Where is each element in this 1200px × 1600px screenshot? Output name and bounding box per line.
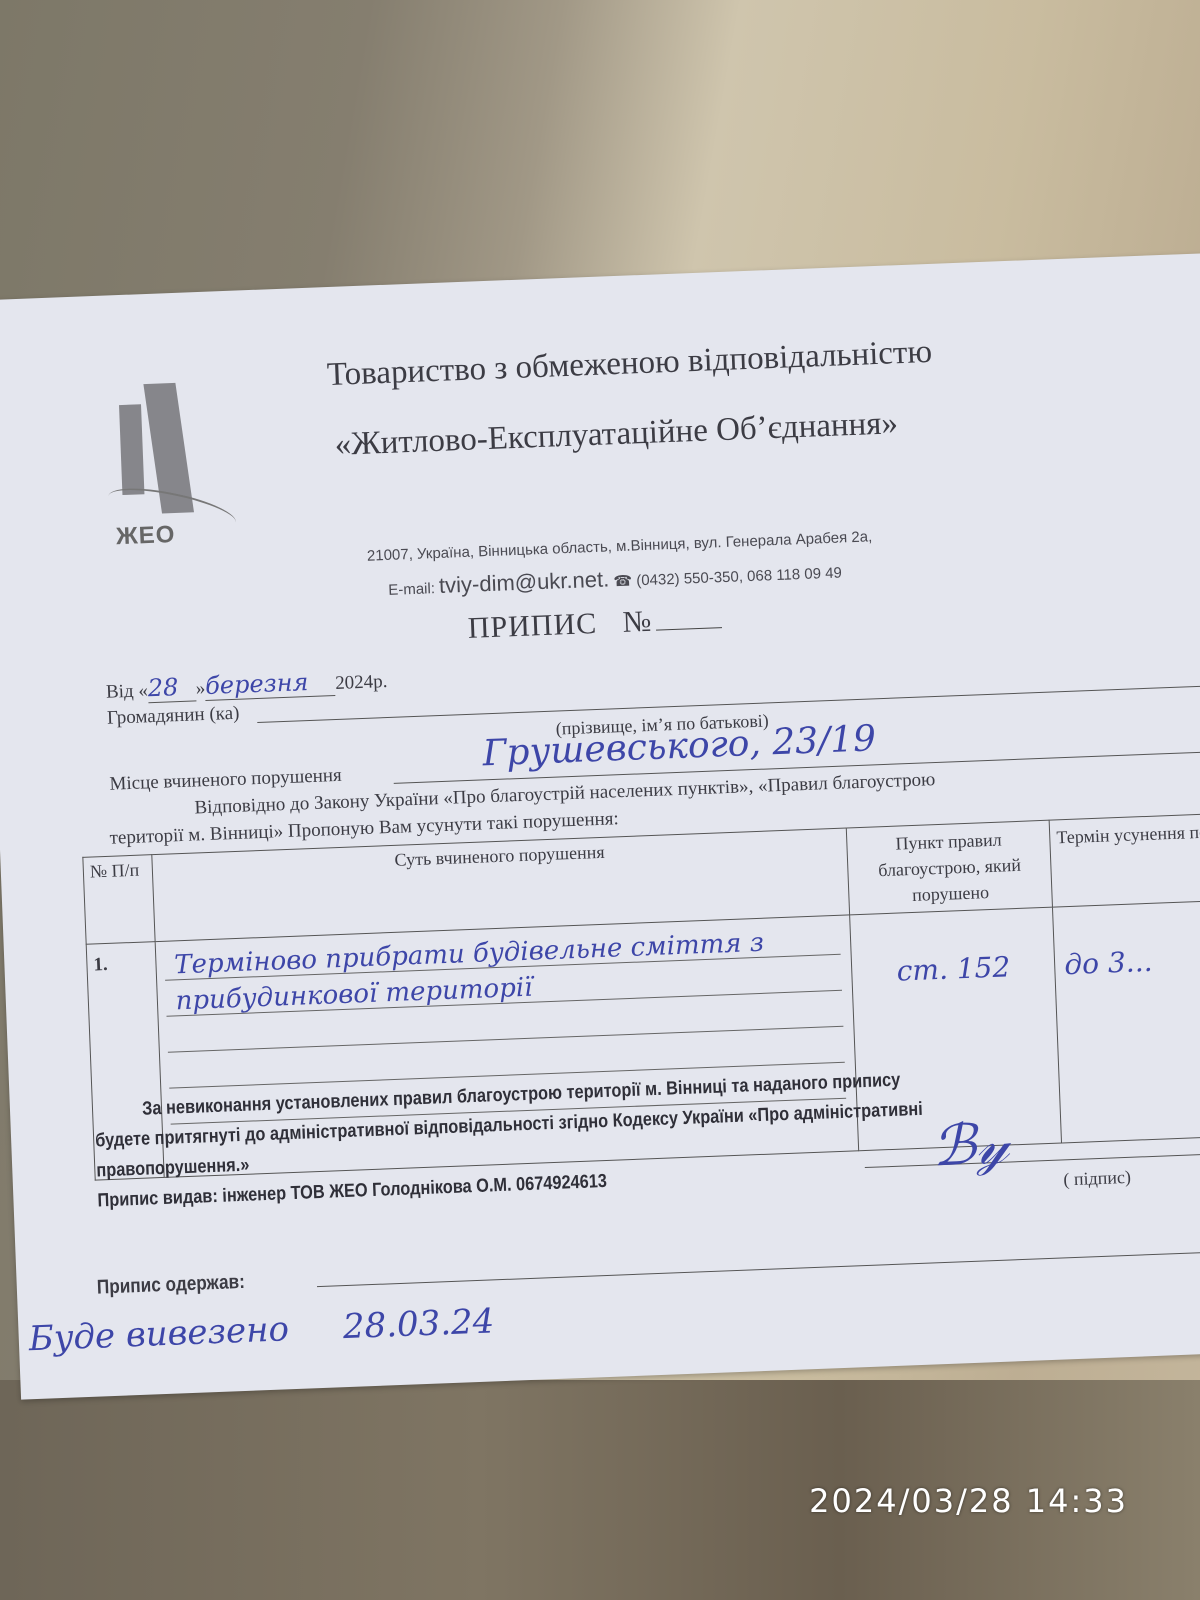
- row-point: ст. 152: [853, 953, 1054, 987]
- date-day: 28: [147, 672, 196, 703]
- header-point: Пункт правил благоустрою, який порушено: [846, 820, 1052, 915]
- org-contacts: E-mail: tviy-dim@ukr.net. ☎ (0432) 550-3…: [388, 557, 843, 600]
- date-suffix: р.: [373, 671, 388, 693]
- phone-numbers: (0432) 550-350, 068 118 09 49: [636, 564, 842, 589]
- email-value: tviy-dim@ukr.net.: [439, 566, 610, 598]
- logo-text: ЖЕО: [116, 521, 176, 551]
- header-term: Термін усунення порушення: [1049, 811, 1200, 907]
- email-label: E-mail:: [388, 580, 435, 599]
- logo-building-icon: [119, 404, 144, 495]
- phone-icon: ☎: [613, 573, 632, 591]
- title-text: ПРИПИС: [467, 607, 598, 645]
- received-label: Припис одержав:: [96, 1271, 245, 1300]
- received-note-text: Буде вивезено: [28, 1309, 290, 1359]
- document-title: ПРИПИС №: [467, 602, 723, 646]
- number-field: [656, 605, 723, 631]
- signature-label: ( підпис): [1063, 1167, 1131, 1191]
- place-line: Місце вчиненого порушення: [109, 765, 342, 796]
- number-sign: №: [622, 605, 653, 639]
- received-date: 28.03.24: [342, 1301, 495, 1347]
- zheo-logo: ЖЕО: [110, 370, 256, 545]
- date-line: Від «28»березня2024р.: [105, 665, 388, 705]
- received-line: [317, 1250, 1200, 1287]
- prescription-document: ЖЕО Товариство з обмеженою відповідальні…: [0, 253, 1200, 1400]
- org-name-line1: Товариство з обмеженою відповідальністю: [326, 334, 932, 394]
- signature-mark: ℬ𝓎: [931, 1112, 1010, 1181]
- received-note: Буде вивезено 28.03.24: [28, 1301, 495, 1359]
- citizen-label: Громадянин (ка): [107, 703, 240, 729]
- citizen-line: Громадянин (ка): [107, 703, 240, 730]
- date-prefix: Від «: [106, 680, 149, 703]
- row-term: до 3...: [1056, 944, 1200, 979]
- date-month: березня: [205, 667, 336, 701]
- date-year: 2024: [335, 672, 374, 694]
- photo-timestamp: 2024/03/28 14:33: [809, 1482, 1128, 1520]
- place-label: Місце вчиненого порушення: [109, 765, 342, 795]
- header-no: № П/п: [83, 855, 155, 945]
- org-name-line2: «Житлово-Експлуатаційне Об’єднання»: [334, 405, 899, 464]
